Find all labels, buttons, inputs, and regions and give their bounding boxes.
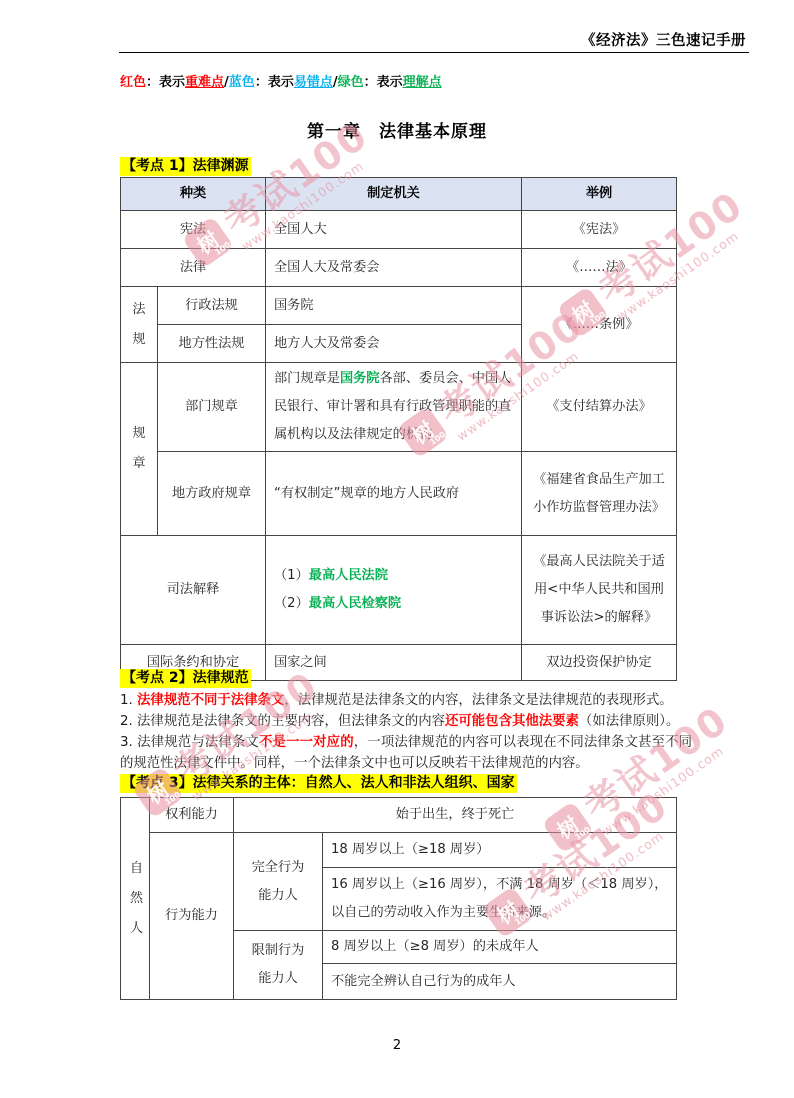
legend-text: ：表示 bbox=[146, 75, 185, 90]
table-row: 司法解释 （1）最高人民法院 （2）最高人民检察院 《最高人民法院关于适用<中华… bbox=[121, 536, 677, 645]
cell-admin-regulation-maker: 国务院 bbox=[266, 287, 522, 325]
cell-department-rules-kind: 部门规章 bbox=[158, 363, 266, 452]
highlight-green-term: 国务院 bbox=[340, 371, 380, 386]
table-row: 地方政府规章 “有权制定”规章的地方人民政府 《福建省食品生产加工小作坊监督管理… bbox=[121, 452, 677, 536]
highlight-red-term: 不是一一对应的 bbox=[259, 735, 354, 750]
note-line-2: 2. 法律规范是法律条文的主要内容，但法律条文的内容还可能包含其他法要素（如法律… bbox=[120, 711, 692, 732]
law-sources-table: 种类 制定机关 举例 宪法 全国人大 《宪法》 法律 全国人大及常委会 《……法… bbox=[120, 177, 677, 681]
legend-blue-term: 易错点 bbox=[294, 75, 333, 90]
cell-limited-capacity-rule-2: 不能完全辨认自己行为的成年人 bbox=[323, 964, 677, 1000]
highlight-green-term: 最高人民检察院 bbox=[309, 596, 401, 611]
table-row: 行为能力 完全行为能力人 18 周岁以上（≥18 周岁） bbox=[121, 833, 677, 868]
cell-local-regulation-maker: 地方人大及常委会 bbox=[266, 325, 522, 363]
exam-point-3-label: 【考点 3】法律关系的主体：自然人、法人和非法人组织、国家 bbox=[120, 774, 517, 793]
natural-person-table: 自然人 权利能力 始于出生，终于死亡 行为能力 完全行为能力人 18 周岁以上（… bbox=[120, 797, 677, 1000]
exam-point-2-label: 【考点 2】法律规范 bbox=[120, 669, 251, 688]
legend-green-label: 绿色 bbox=[338, 75, 364, 90]
cell-regulations-group-label: 法规 bbox=[121, 287, 158, 363]
table-row: 法律 全国人大及常委会 《……法》 bbox=[121, 249, 677, 287]
document-page: 树100 考试100 www.kaoshi100.com 树100 考试100 … bbox=[0, 0, 794, 1098]
cell-localgov-rules-kind: 地方政府规章 bbox=[158, 452, 266, 536]
table-row: 自然人 权利能力 始于出生，终于死亡 bbox=[121, 798, 677, 833]
cell-limited-capacity-rule-1: 8 周岁以上（≥8 周岁）的未成年人 bbox=[323, 931, 677, 964]
cell-treaty-example: 双边投资保护协定 bbox=[522, 645, 677, 681]
cell-conduct-capacity-label: 行为能力 bbox=[150, 833, 234, 1000]
page-header-title: 《经济法》三色速记手册 bbox=[581, 29, 746, 50]
cell-natural-person-label: 自然人 bbox=[121, 798, 150, 1000]
cell-department-rules-maker: 部门规章是国务院各部、委员会、中国人民银行、审计署和具有行政管理职能的直属机构以… bbox=[266, 363, 522, 452]
col-header-example: 举例 bbox=[522, 178, 677, 211]
cell-limited-capacity-label: 限制行为能力人 bbox=[234, 931, 323, 1000]
legend-red-label: 红色 bbox=[120, 75, 146, 90]
legend-text: ：表示 bbox=[364, 75, 403, 90]
cell-full-capacity-rule-2: 16 周岁以上（≥16 周岁），不满 18 周岁（＜18 周岁），以自己的劳动收… bbox=[323, 868, 677, 931]
cell-full-capacity-label: 完全行为能力人 bbox=[234, 833, 323, 931]
cell-admin-regulation-kind: 行政法规 bbox=[158, 287, 266, 325]
highlight-red-term: 法律规范不同于法律条文 bbox=[137, 693, 284, 708]
chapter-title: 第一章 法律基本原理 bbox=[0, 117, 794, 142]
cell-rules-group-label: 规章 bbox=[121, 363, 158, 536]
legend-red-term: 重难点 bbox=[185, 75, 224, 90]
cell-constitution-kind: 宪法 bbox=[121, 211, 266, 249]
note-line-3: 3. 法律规范与法律条文不是一一对应的，一项法律规范的内容可以表现在不同法律条文… bbox=[120, 732, 692, 774]
cell-rights-capacity-content: 始于出生，终于死亡 bbox=[234, 798, 677, 833]
highlight-red-term: 还可能包含其他法要素 bbox=[445, 714, 579, 729]
cell-rights-capacity-label: 权利能力 bbox=[150, 798, 234, 833]
header-rule bbox=[119, 52, 749, 53]
table-row: 法规 行政法规 国务院 《……条例》 bbox=[121, 287, 677, 325]
cell-department-rules-example: 《支付结算办法》 bbox=[522, 363, 677, 452]
color-legend: 红色：表示重难点/蓝色：表示易错点/绿色：表示理解点 bbox=[120, 71, 442, 90]
cell-judicial-interpretation-example: 《最高人民法院关于适用<中华人民共和国刑事诉讼法>的解释》 bbox=[522, 536, 677, 645]
exam-point-1-label: 【考点 1】法律渊源 bbox=[120, 157, 251, 176]
legal-norm-notes: 1. 法律规范不同于法律条文，法律规范是法律条文的内容，法律条文是法律规范的表现… bbox=[120, 690, 692, 774]
legend-blue-label: 蓝色 bbox=[229, 75, 255, 90]
legend-text: ：表示 bbox=[255, 75, 294, 90]
cell-regulations-example: 《……条例》 bbox=[522, 287, 677, 363]
cell-treaty-maker: 国家之间 bbox=[266, 645, 522, 681]
legend-green-term: 理解点 bbox=[403, 75, 442, 90]
page-number: 2 bbox=[0, 1038, 794, 1053]
cell-localgov-rules-example: 《福建省食品生产加工小作坊监督管理办法》 bbox=[522, 452, 677, 536]
table-row: 宪法 全国人大 《宪法》 bbox=[121, 211, 677, 249]
note-line-1: 1. 法律规范不同于法律条文，法律规范是法律条文的内容，法律条文是法律规范的表现… bbox=[120, 690, 692, 711]
cell-judicial-interpretation-maker: （1）最高人民法院 （2）最高人民检察院 bbox=[266, 536, 522, 645]
cell-law-example: 《……法》 bbox=[522, 249, 677, 287]
table-header-row: 种类 制定机关 举例 bbox=[121, 178, 677, 211]
highlight-green-term: 最高人民法院 bbox=[309, 568, 388, 583]
cell-local-regulation-kind: 地方性法规 bbox=[158, 325, 266, 363]
cell-law-kind: 法律 bbox=[121, 249, 266, 287]
cell-law-maker: 全国人大及常委会 bbox=[266, 249, 522, 287]
cell-constitution-example: 《宪法》 bbox=[522, 211, 677, 249]
cell-judicial-interpretation-kind: 司法解释 bbox=[121, 536, 266, 645]
col-header-maker: 制定机关 bbox=[266, 178, 522, 211]
cell-localgov-rules-maker: “有权制定”规章的地方人民政府 bbox=[266, 452, 522, 536]
table-row: 规章 部门规章 部门规章是国务院各部、委员会、中国人民银行、审计署和具有行政管理… bbox=[121, 363, 677, 452]
cell-constitution-maker: 全国人大 bbox=[266, 211, 522, 249]
cell-full-capacity-rule-1: 18 周岁以上（≥18 周岁） bbox=[323, 833, 677, 868]
col-header-kind: 种类 bbox=[121, 178, 266, 211]
